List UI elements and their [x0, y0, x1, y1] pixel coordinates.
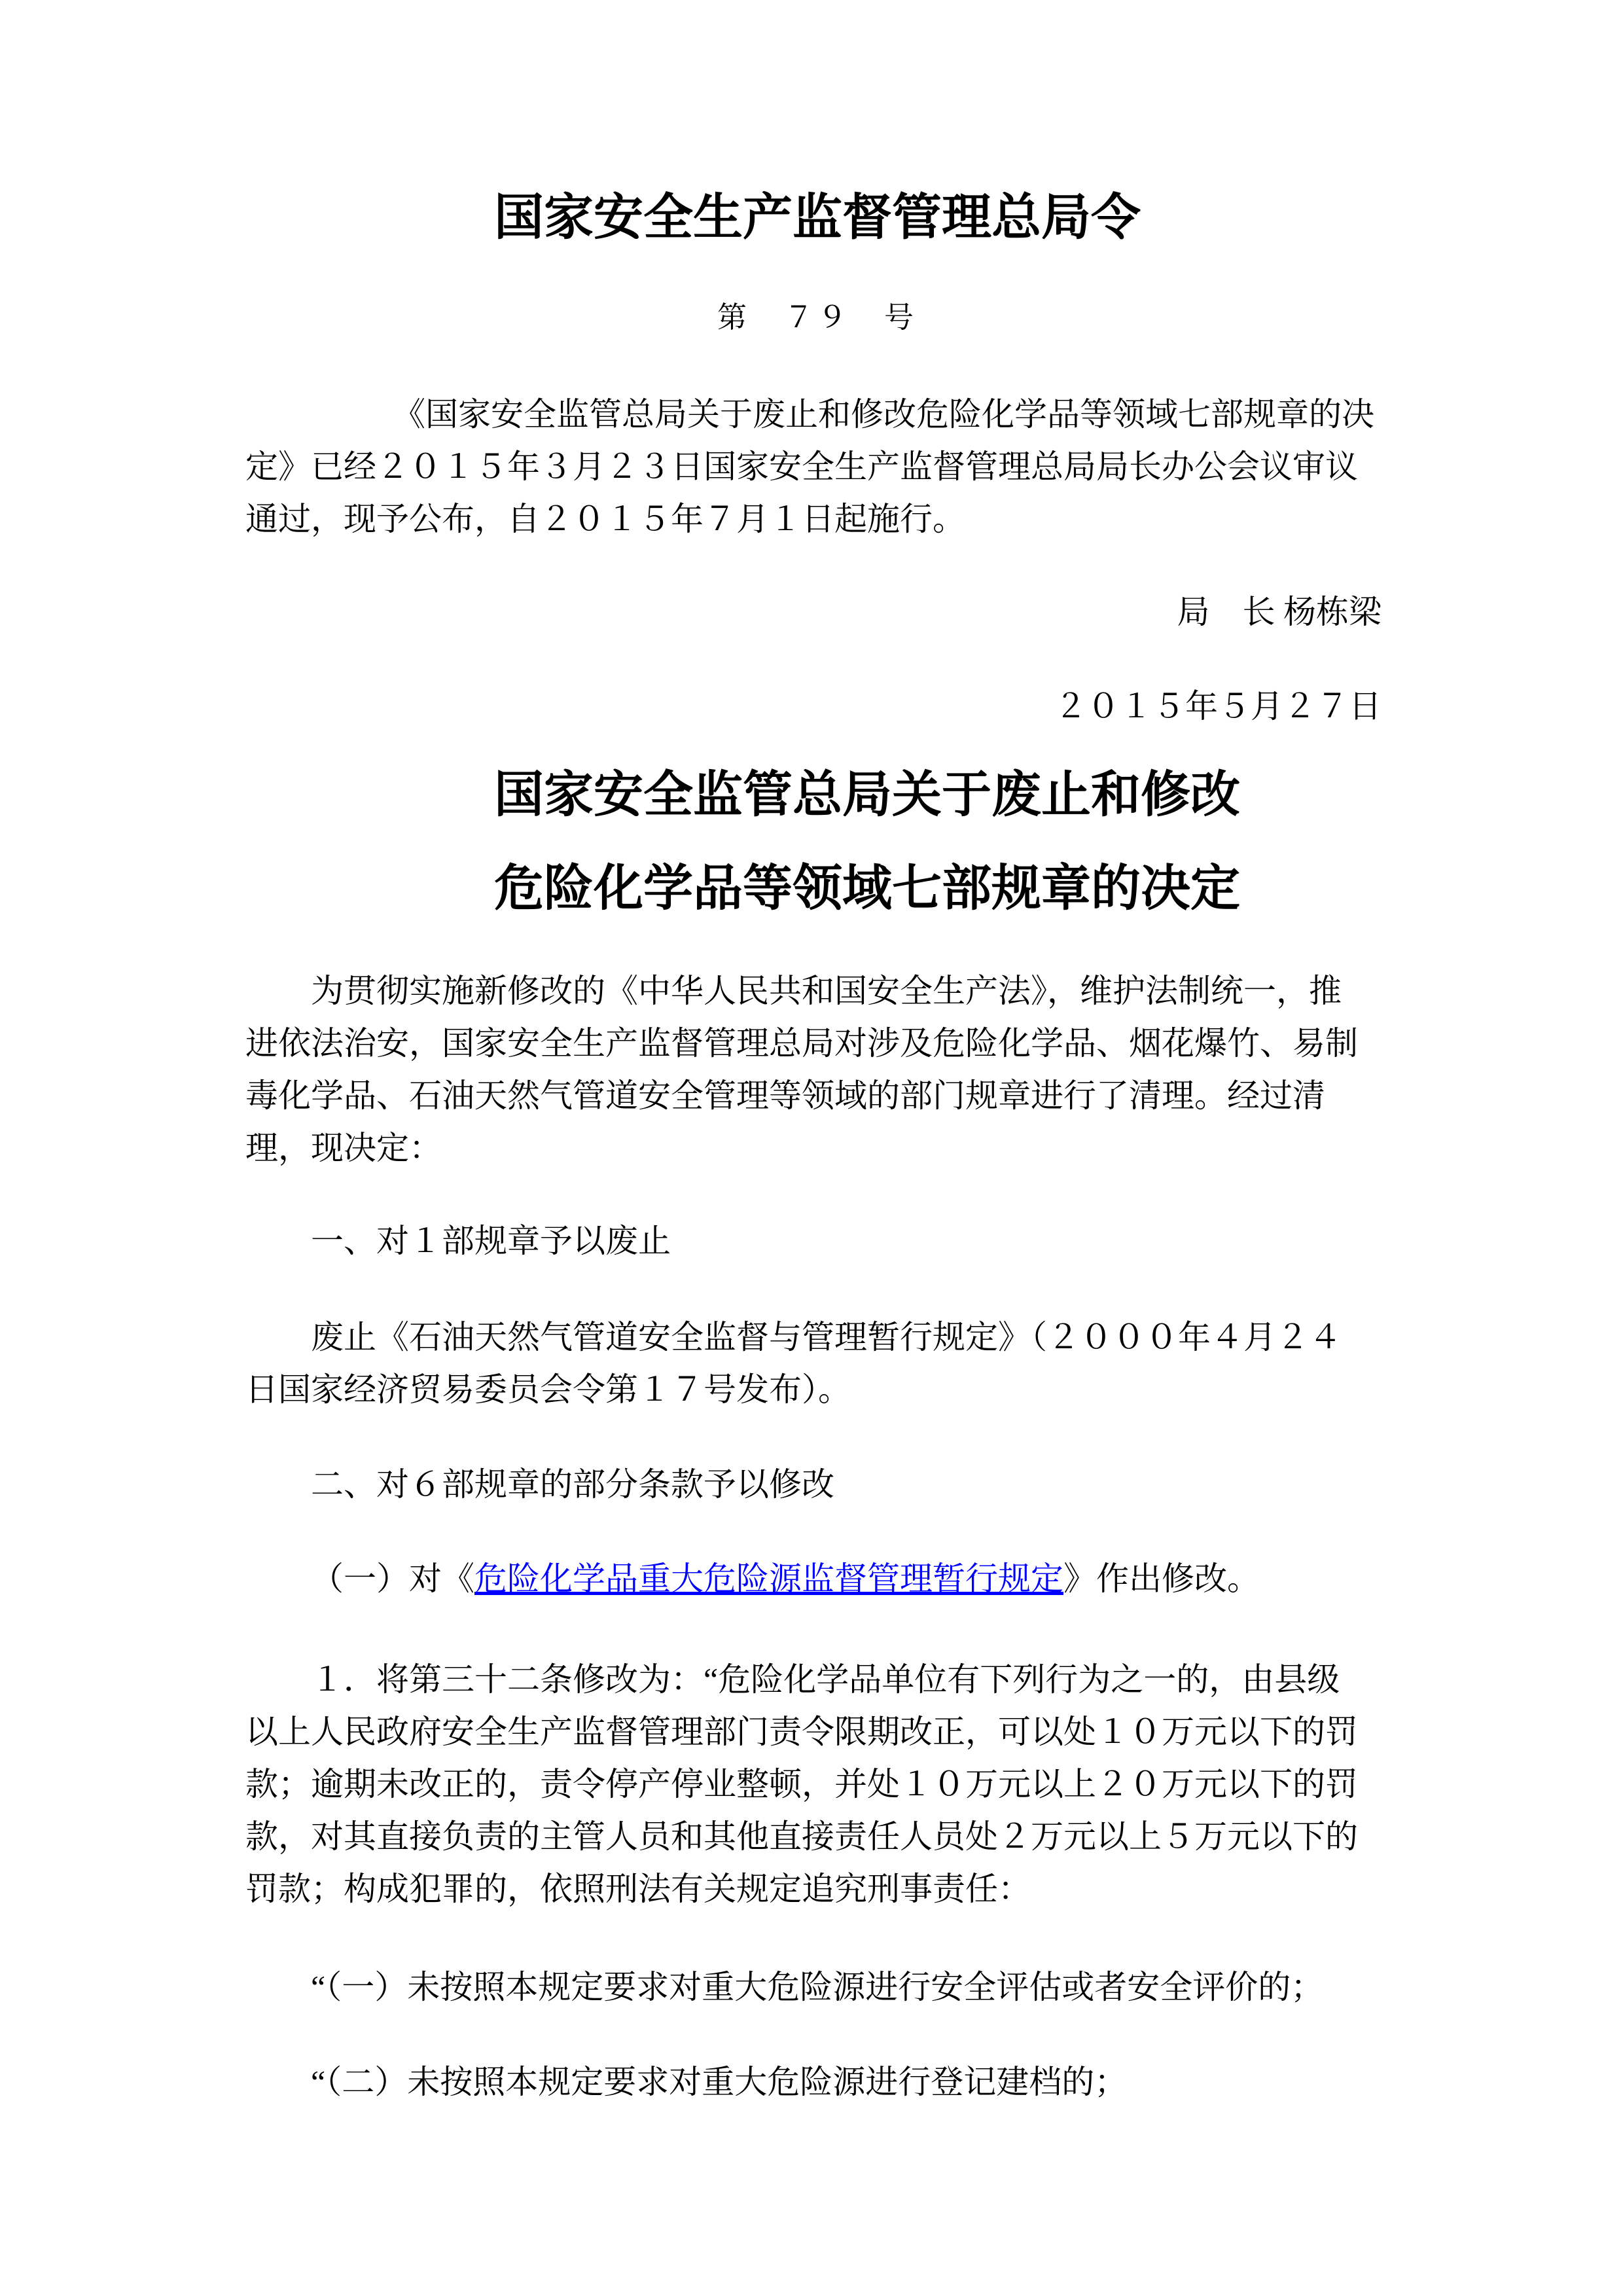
modify-item-prefix: （一）对《 [311, 1560, 474, 1597]
para-line: 款；逾期未改正的，责令停产停业整顿，并处１０万元以上２０万元以下的罚 [245, 1758, 1387, 1810]
para-line: 款，对其直接负责的主管人员和其他直接责任人员处２万元以上５万元以下的 [245, 1810, 1387, 1863]
para-line: 通过，现予公布，自２０１５年７月１日起施行。 [245, 493, 1387, 545]
order-number: 第 ７９ 号 [717, 291, 918, 344]
document-page: 国家安全生产监督管理总局令 第 ７９ 号 《国家安全监管总局关于废止和修改危险化… [0, 0, 1623, 2296]
para-line: 日国家经济贸易委员会令第１７号发布）。 [245, 1363, 1387, 1416]
modify-item-line: （一）对《危险化学品重大危险源监督管理暂行规定》作出修改。 [245, 1552, 1387, 1605]
para-line: 以上人民政府安全生产监督管理部门责令限期改正，可以处１０万元以下的罚 [245, 1706, 1387, 1758]
regulation-link[interactable]: 危险化学品重大危险源监督管理暂行规定 [474, 1560, 1063, 1597]
signature-line: 局 长 杨栋梁 [245, 586, 1382, 638]
para-line: 为贯彻实施新修改的《中华人民共和国安全生产法》，维护法制统一，推 [245, 965, 1387, 1017]
para-line: 理，现决定： [245, 1122, 1387, 1174]
document-title: 国家安全生产监督管理总局令 [494, 182, 1141, 254]
modify-item-suffix: 》作出修改。 [1063, 1560, 1260, 1597]
decision-heading-line1: 国家安全监管总局关于废止和修改 [494, 759, 1240, 831]
para-line: 罚款；构成犯罪的，依照刑法有关规定追究刑事责任： [245, 1863, 1387, 1915]
para-line: 进依法治安，国家安全生产监督管理总局对涉及危险化学品、烟花爆竹、易制 [245, 1017, 1387, 1069]
date-line: ２０１５年５月２７日 [245, 680, 1382, 732]
para-line: 定》已经２０１５年３月２３日国家安全生产监督管理总局局长办公会议审议 [245, 440, 1387, 493]
section-heading-1: 一、对１部规章予以废止 [245, 1215, 1387, 1267]
decision-heading-line2: 危险化学品等领域七部规章的决定 [494, 853, 1240, 925]
list-item: “（一）未按照本规定要求对重大危险源进行安全评估或者安全评价的； [245, 1961, 1387, 2013]
para-line: 毒化学品、石油天然气管道安全管理等领域的部门规章进行了清理。经过清 [245, 1069, 1387, 1122]
para-line: １．将第三十二条修改为：“危险化学品单位有下列行为之一的，由县级 [245, 1653, 1387, 1706]
para-line: 废止《石油天然气管道安全监督与管理暂行规定》（２０００年４月２４ [245, 1311, 1387, 1363]
list-item: “（二）未按照本规定要求对重大危险源进行登记建档的； [245, 2056, 1387, 2108]
para-line: 《国家安全监管总局关于废止和修改危险化学品等领域七部规章的决 [245, 388, 1387, 440]
section-heading-2: 二、对６部规章的部分条款予以修改 [245, 1458, 1387, 1511]
